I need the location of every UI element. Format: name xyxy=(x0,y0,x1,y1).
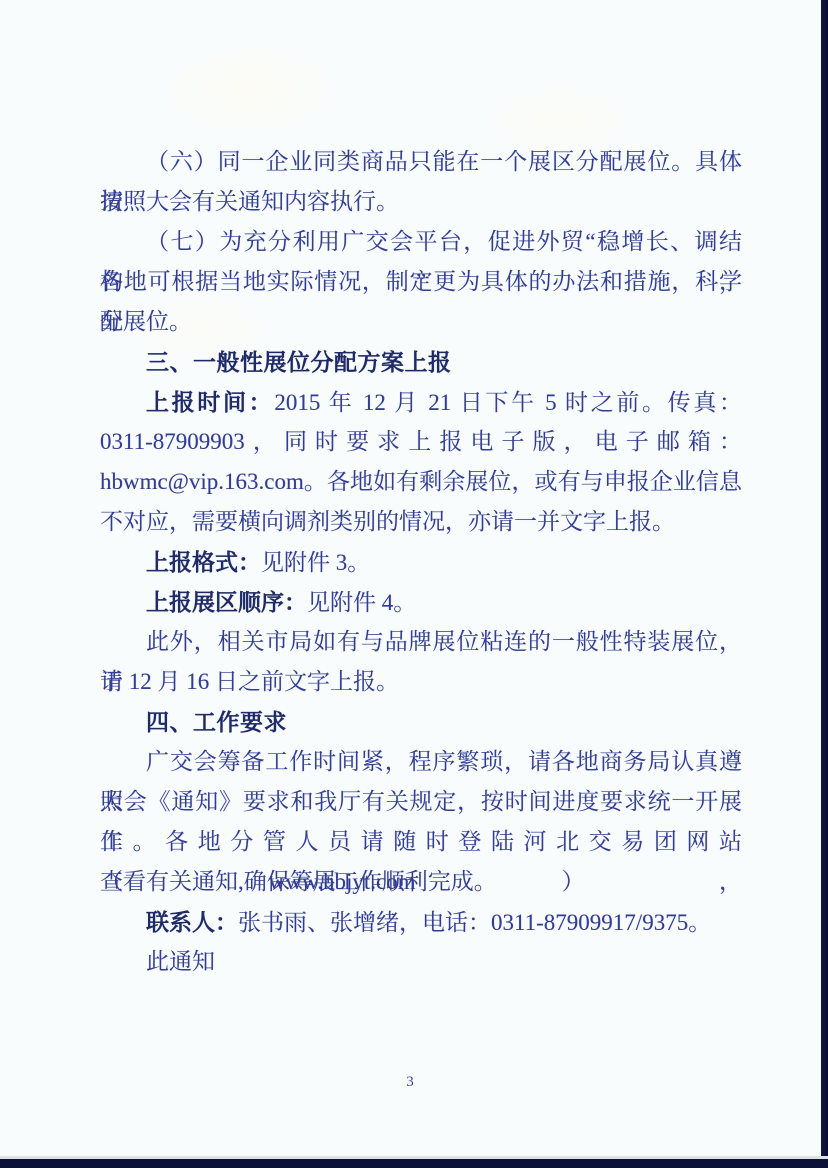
text-line: 不对应，需要横向调剂类别的情况，亦请一并文字上报。 xyxy=(100,502,742,542)
text-line: 0311-87909903，同时要求上报电子版，电子邮箱： xyxy=(100,422,742,462)
line-text: 配展位。 xyxy=(100,309,192,334)
text-line: （七）为充分利用广交会平台，促进外贸“稳增长、调结构”， xyxy=(100,222,742,262)
section-heading: 四、工作要求 xyxy=(100,702,742,742)
scan-edge-right xyxy=(821,0,828,1168)
text-line: 上报时间：2015 年 12 月 21 日下午 5 时之前。传真： xyxy=(100,382,742,422)
text-line: 上报展区顺序：见附件 4。 xyxy=(100,582,742,622)
scanned-document-page: （六）同一企业同类商品只能在一个展区分配展位。具体请按照大会有关通知内容执行。（… xyxy=(0,0,828,1168)
text-line: 上报格式：见附件 3。 xyxy=(100,542,742,582)
line-text: 见附件 3。 xyxy=(261,550,370,575)
text-line: （六）同一企业同类商品只能在一个展区分配展位。具体请 xyxy=(100,142,742,182)
text-line: 各地可根据当地实际情况，制定更为具体的办法和措施，科学分 xyxy=(100,262,742,302)
text-line: 广交会筹备工作时间紧，程序繁琐，请各地商务局认真遵照 xyxy=(100,742,742,782)
line-text: 0311-87909903，同时要求上报电子版，电子邮箱： xyxy=(100,429,742,454)
text-line: 于 12 月 16 日之前文字上报。 xyxy=(100,662,742,702)
line-text: 张书雨、张增绪，电话：0311-87909917/9375。 xyxy=(238,910,711,935)
line-text: 按照大会有关通知内容执行。 xyxy=(100,189,399,214)
line-text: 见附件 4。 xyxy=(307,590,416,615)
bold-label: 上报格式： xyxy=(146,549,261,575)
text-line: 此外，相关市局如有与品牌展位粘连的一般性特装展位，请 xyxy=(100,622,742,662)
line-text: 于 12 月 16 日之前文字上报。 xyxy=(100,669,399,694)
scan-edge-bottom xyxy=(0,1156,828,1168)
line-text: hbwmc@vip.163.com。各地如有剩余展位，或有与申报企业信息 xyxy=(100,469,742,494)
line-text: 不对应，需要横向调剂类别的情况，亦请一并文字上报。 xyxy=(100,509,675,534)
text-line: hbwmc@vip.163.com。各地如有剩余展位，或有与申报企业信息 xyxy=(100,462,742,502)
section-heading: 三、一般性展位分配方案上报 xyxy=(100,342,742,382)
text-line: 配展位。 xyxy=(100,302,742,342)
document-body: （六）同一企业同类商品只能在一个展区分配展位。具体请按照大会有关通知内容执行。（… xyxy=(100,142,742,982)
line-text: 四、工作要求 xyxy=(146,709,287,735)
line-text: 查看有关通知,确保筹展工作顺利完成。 xyxy=(100,869,497,894)
bold-label: 联系人： xyxy=(146,909,238,935)
text-line: 此通知 xyxy=(100,942,742,982)
bold-label: 上报展区顺序： xyxy=(146,589,307,615)
text-line: 作。各地分管人员请随时登陆河北交易团网站（www.hbjyt.com）， xyxy=(100,822,742,862)
page-number: 3 xyxy=(0,1074,820,1091)
text-line: 联系人：张书雨、张增绪，电话：0311-87909917/9375。 xyxy=(100,902,742,942)
text-line: 按照大会有关通知内容执行。 xyxy=(100,182,742,222)
line-text: 此通知 xyxy=(146,949,215,974)
text-line: 大会《通知》要求和我厅有关规定，按时间进度要求统一开展工 xyxy=(100,782,742,822)
line-text: 三、一般性展位分配方案上报 xyxy=(146,349,452,375)
line-text: 2015 年 12 月 21 日下午 5 时之前。传真： xyxy=(274,390,742,415)
bold-label: 上报时间： xyxy=(146,389,274,415)
